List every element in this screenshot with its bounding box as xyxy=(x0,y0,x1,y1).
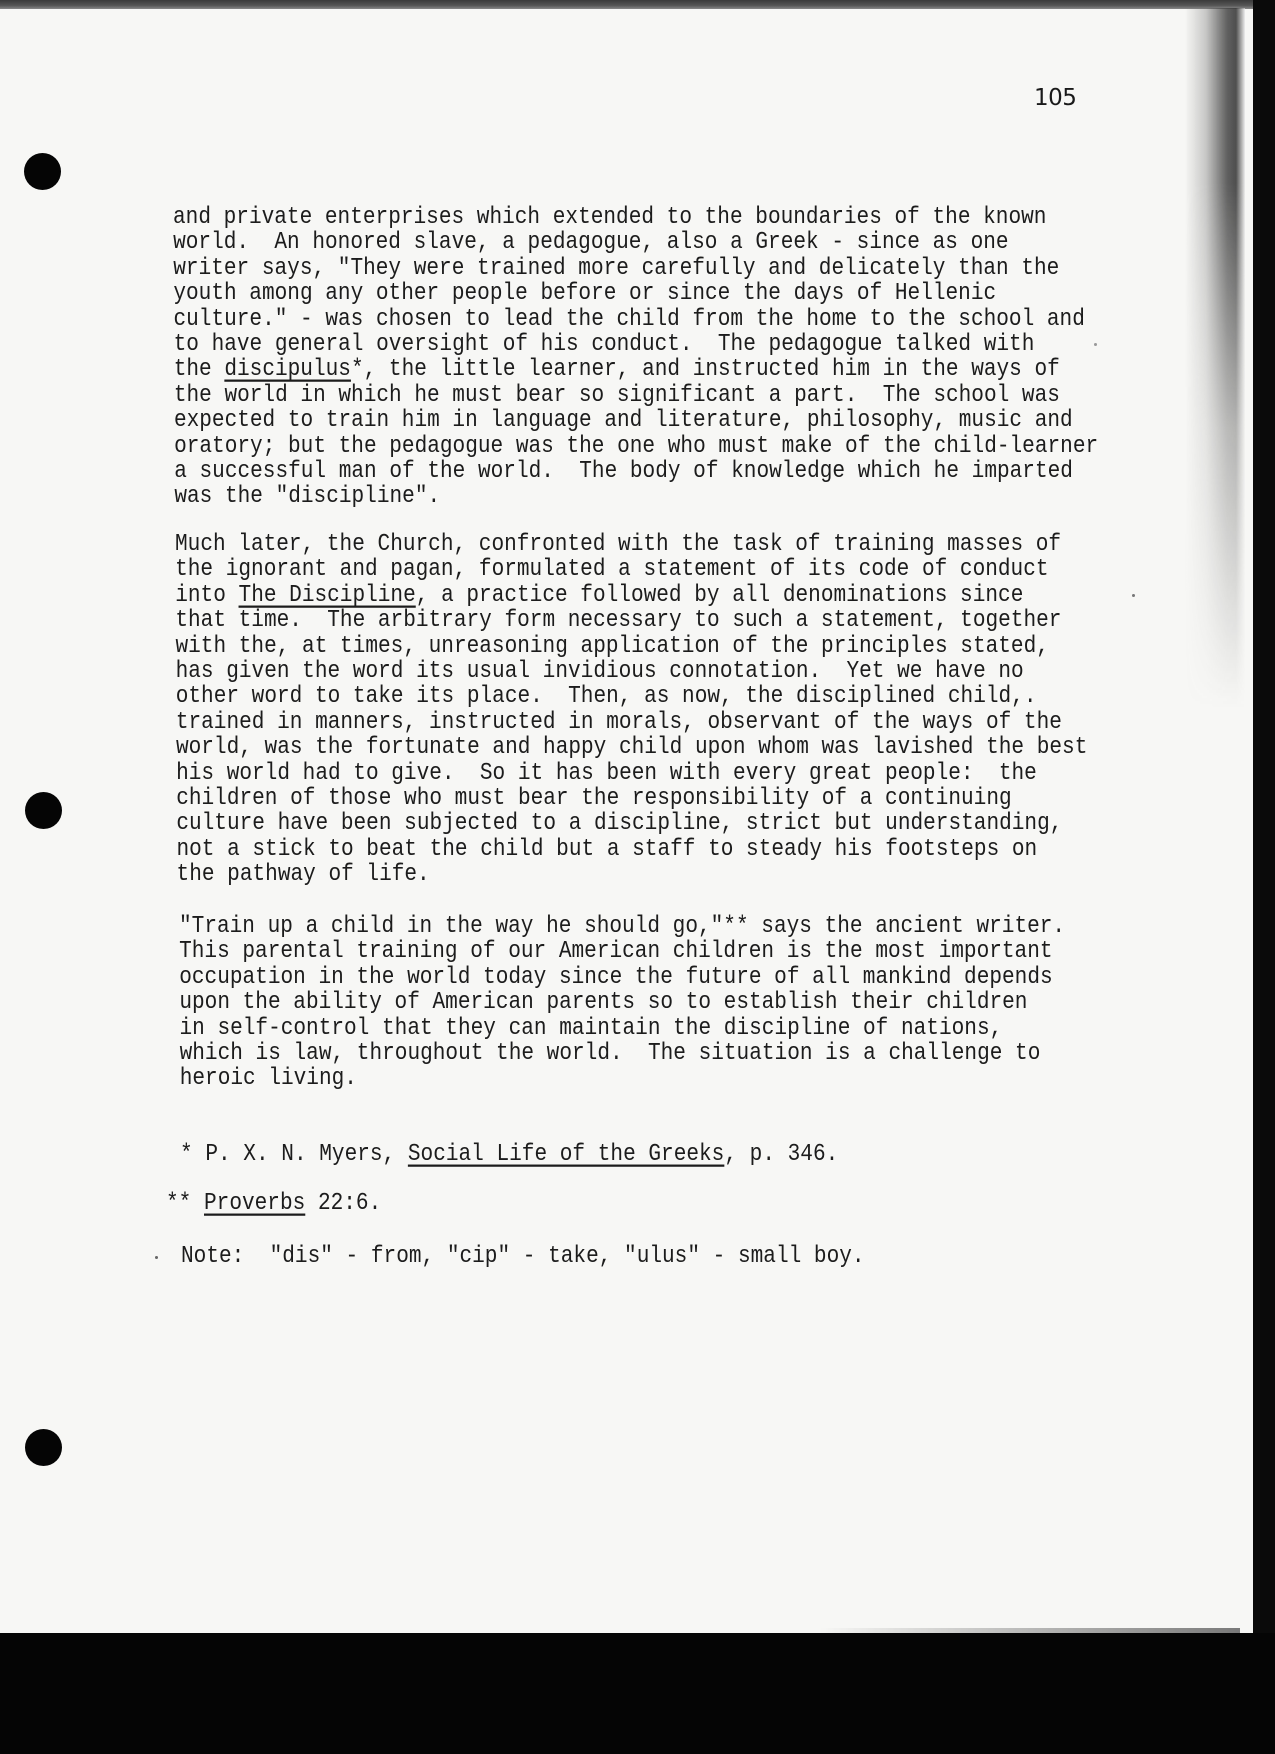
text-run: was the "discipline". xyxy=(174,483,440,510)
text-run: culture." - was chosen to lead the child… xyxy=(173,306,1084,333)
text-run: the world in which he must bear so signi… xyxy=(174,382,1060,409)
text-run: in self-control that they can maintain t… xyxy=(179,1015,1002,1042)
text-run: has given the word its usual invidious c… xyxy=(176,658,1024,685)
text-line: youth among any other people before or s… xyxy=(173,280,996,308)
text-run: heroic living. xyxy=(180,1065,357,1092)
text-run: writer says, "They were trained more car… xyxy=(173,255,1059,282)
text-line: that time. The arbitrary form necessary … xyxy=(175,607,1061,635)
text-line: into The Discipline, a practice followed… xyxy=(175,582,1023,610)
text-run: 22:6. xyxy=(305,1190,381,1217)
text-line: Much later, the Church, confronted with … xyxy=(175,531,1061,559)
underlined-title: Proverbs xyxy=(204,1190,305,1217)
text-run: into xyxy=(175,582,238,609)
footnote-marker: * xyxy=(180,1141,193,1168)
text-run: P. X. N. Myers, xyxy=(193,1141,408,1168)
text-run: world, was the fortunate and happy child… xyxy=(176,734,1087,761)
text-run: to have general oversight of his conduct… xyxy=(174,331,1035,358)
text-run xyxy=(191,1190,204,1217)
scan-right-edge xyxy=(1253,0,1275,1633)
text-run: a successful man of the world. The body … xyxy=(174,458,1073,485)
text-line: heroic living. xyxy=(180,1065,357,1093)
text-line: was the "discipline". xyxy=(174,483,440,511)
text-line: and private enterprises which extended t… xyxy=(173,204,1046,232)
text-line: expected to train him in language and li… xyxy=(174,407,1073,435)
text-run: , a practice followed by all denominatio… xyxy=(416,582,1024,609)
text-line: oratory; but the pedagogue was the one w… xyxy=(174,433,1098,461)
page-edge-shadow xyxy=(1185,8,1245,708)
text-line: not a stick to beat the child but a staf… xyxy=(176,836,1037,864)
text-run: other word to take its place. Then, as n… xyxy=(176,683,1037,710)
underlined-title: The Discipline xyxy=(239,582,416,609)
text-line: upon the ability of American parents so … xyxy=(179,989,1027,1017)
text-run: youth among any other people before or s… xyxy=(173,280,996,307)
text-run: trained in manners, instructed in morals… xyxy=(176,709,1062,736)
scan-top-edge xyxy=(0,0,1275,9)
text-line: trained in manners, instructed in morals… xyxy=(176,709,1062,737)
footnote: ** Proverbs 22:6. xyxy=(166,1190,381,1218)
text-line: the discipulus*, the little learner, and… xyxy=(174,356,1060,384)
text-line: his world had to give. So it has been wi… xyxy=(176,760,1037,788)
text-line: a successful man of the world. The body … xyxy=(174,458,1073,486)
text-line: culture have been subjected to a discipl… xyxy=(176,810,1062,838)
text-run: culture have been subjected to a discipl… xyxy=(176,810,1062,837)
text-run: expected to train him in language and li… xyxy=(174,407,1073,434)
footnote-marker: ** xyxy=(166,1190,191,1217)
text-run: *, the little learner, and instructed hi… xyxy=(351,356,1060,383)
text-line: culture." - was chosen to lead the child… xyxy=(173,306,1084,334)
text-line: to have general oversight of his conduct… xyxy=(174,331,1035,359)
punch-hole xyxy=(25,1429,62,1466)
text-line: world. An honored slave, a pedagogue, al… xyxy=(173,229,1008,257)
text-line: other word to take its place. Then, as n… xyxy=(176,683,1037,711)
text-line: This parental training of our American c… xyxy=(179,938,1052,966)
text-line: occupation in the world today since the … xyxy=(179,964,1052,992)
text-run: oratory; but the pedagogue was the one w… xyxy=(174,433,1098,460)
text-run: the ignorant and pagan, formulated a sta… xyxy=(175,556,1048,583)
text-line: with the, at times, unreasoning applicat… xyxy=(175,633,1048,661)
text-run: world. An honored slave, a pedagogue, al… xyxy=(173,229,1008,256)
stray-mark xyxy=(1094,343,1097,346)
text-line: has given the word its usual invidious c… xyxy=(176,658,1024,686)
text-run: his world had to give. So it has been wi… xyxy=(176,760,1037,787)
text-line: which is law, throughout the world. The … xyxy=(180,1040,1041,1068)
text-run: upon the ability of American parents so … xyxy=(179,989,1027,1016)
stray-mark xyxy=(1132,594,1135,597)
text-run: This parental training of our American c… xyxy=(179,938,1052,965)
stray-mark xyxy=(155,1256,158,1259)
text-run: with the, at times, unreasoning applicat… xyxy=(175,633,1048,660)
text-line: the world in which he must bear so signi… xyxy=(174,382,1060,410)
text-run: occupation in the world today since the … xyxy=(179,964,1052,991)
text-line: in self-control that they can maintain t… xyxy=(179,1015,1002,1043)
text-run: the xyxy=(174,356,225,383)
text-run: that time. The arbitrary form necessary … xyxy=(175,607,1061,634)
text-run: "Train up a child in the way he should g… xyxy=(179,913,1065,940)
underlined-title: discipulus xyxy=(224,356,351,383)
page-bottom-edge-shadow xyxy=(820,1628,1240,1633)
text-line: the ignorant and pagan, formulated a sta… xyxy=(175,556,1048,584)
underlined-title: Social Life of the Greeks xyxy=(408,1141,724,1168)
text-run: , p. 346. xyxy=(724,1141,838,1168)
footnote: * P. X. N. Myers, Social Life of the Gre… xyxy=(180,1141,838,1169)
note-line: Note: "dis" - from, "cip" - take, "ulus"… xyxy=(181,1243,865,1271)
punch-hole xyxy=(25,792,62,829)
text-line: the pathway of life. xyxy=(177,861,430,889)
text-run: children of those who must bear the resp… xyxy=(176,785,1011,812)
text-run: which is law, throughout the world. The … xyxy=(180,1040,1041,1067)
punch-hole xyxy=(24,153,61,190)
text-run: and private enterprises which extended t… xyxy=(173,204,1046,231)
page-number: 105 xyxy=(1034,85,1076,111)
text-line: children of those who must bear the resp… xyxy=(176,785,1011,813)
text-run: not a stick to beat the child but a staf… xyxy=(176,836,1037,863)
text-line: "Train up a child in the way he should g… xyxy=(179,913,1065,941)
text-line: world, was the fortunate and happy child… xyxy=(176,734,1087,762)
text-line: writer says, "They were trained more car… xyxy=(173,255,1059,283)
text-run: the pathway of life. xyxy=(177,861,430,888)
text-run: Much later, the Church, confronted with … xyxy=(175,531,1061,558)
